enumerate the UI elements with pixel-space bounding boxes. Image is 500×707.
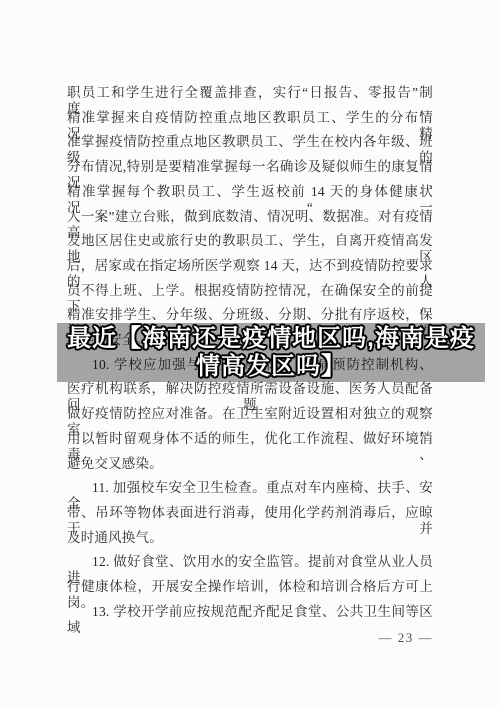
page-number: — 23 —	[67, 630, 433, 646]
title-overlay-band: 最近【海南还是疫情地区吗,海南是疫 情高发区吗】	[57, 323, 485, 382]
document-line: 精准掌握来自疫情防控重点地区教职员工、学生的分布情况，精	[67, 110, 433, 127]
overlay-title-line1: 最近【海南还是疫情地区吗,海南是疫	[67, 325, 475, 353]
document-line: 职员工和学生进行全覆盖排查，实行“日报告、零报告”制度，	[67, 85, 433, 102]
overlay-title-line2: 情高发区吗】	[196, 353, 346, 381]
document-line: 及时通风换气。	[67, 530, 433, 547]
document-line: 精准安排学生、分年级、分班级、分期、分批有序返校，保证返	[67, 307, 433, 324]
document-line: 11. 加强校车安全卫生检查。重点对车内座椅、扶手、安全	[67, 480, 433, 497]
document-line: 医疗机构联系，解决防控疫情所需设备设施、医务人员配备问题，	[67, 381, 433, 398]
document-line: 带、吊环等物体表面进行消毒，使用化学药剂消毒后，应晾干并	[67, 505, 433, 522]
document-line: 人一案”建立台账，做到底数清、情况明、数据准。对有疫情高	[67, 209, 433, 226]
document-line: 用以暂时留观身体不适的师生，优化工作流程、做好环境消毒、	[67, 431, 433, 448]
document-line: 做好疫情防控应对准备。在卫生室附近设置相对独立的观察室，	[67, 406, 433, 423]
document-line: 13. 学校开学前应按规范配齐配足食堂、公共卫生间等区域	[67, 604, 433, 621]
document-line: 员不得上班、上学。根据疫情防控情况，在确保安全的前提下，	[67, 283, 433, 300]
document-line: 精准掌握每个教职员工、学生返校前 14 天的身体健康状况，“一	[67, 184, 433, 201]
document-page: 职员工和学生进行全覆盖排查，实行“日报告、零报告”制度，精准掌握来自疫情防控重点…	[0, 0, 500, 707]
document-line: 准掌握疫情防控重点地区教职员工、学生在校内各年级、班级的	[67, 134, 433, 151]
document-line: 行健康体检，开展安全操作培训，体检和培训合格后方可上岗。	[67, 579, 433, 596]
document-line: 避免交叉感染。	[67, 456, 433, 473]
document-line: 12. 做好食堂、饮用水的安全监管。提前对食堂从业人员进	[67, 554, 433, 571]
document-line: 分布情况,特别是要精准掌握每一名确诊及疑似师生的康复情况,	[67, 159, 433, 176]
document-line: 后，居家或在指定场所医学观察 14 天，达不到疫情防控要求的人	[67, 258, 433, 275]
document-line: 发地区居住史或旅行史的教职员工、学生，自离开疫情高发地区	[67, 233, 433, 250]
